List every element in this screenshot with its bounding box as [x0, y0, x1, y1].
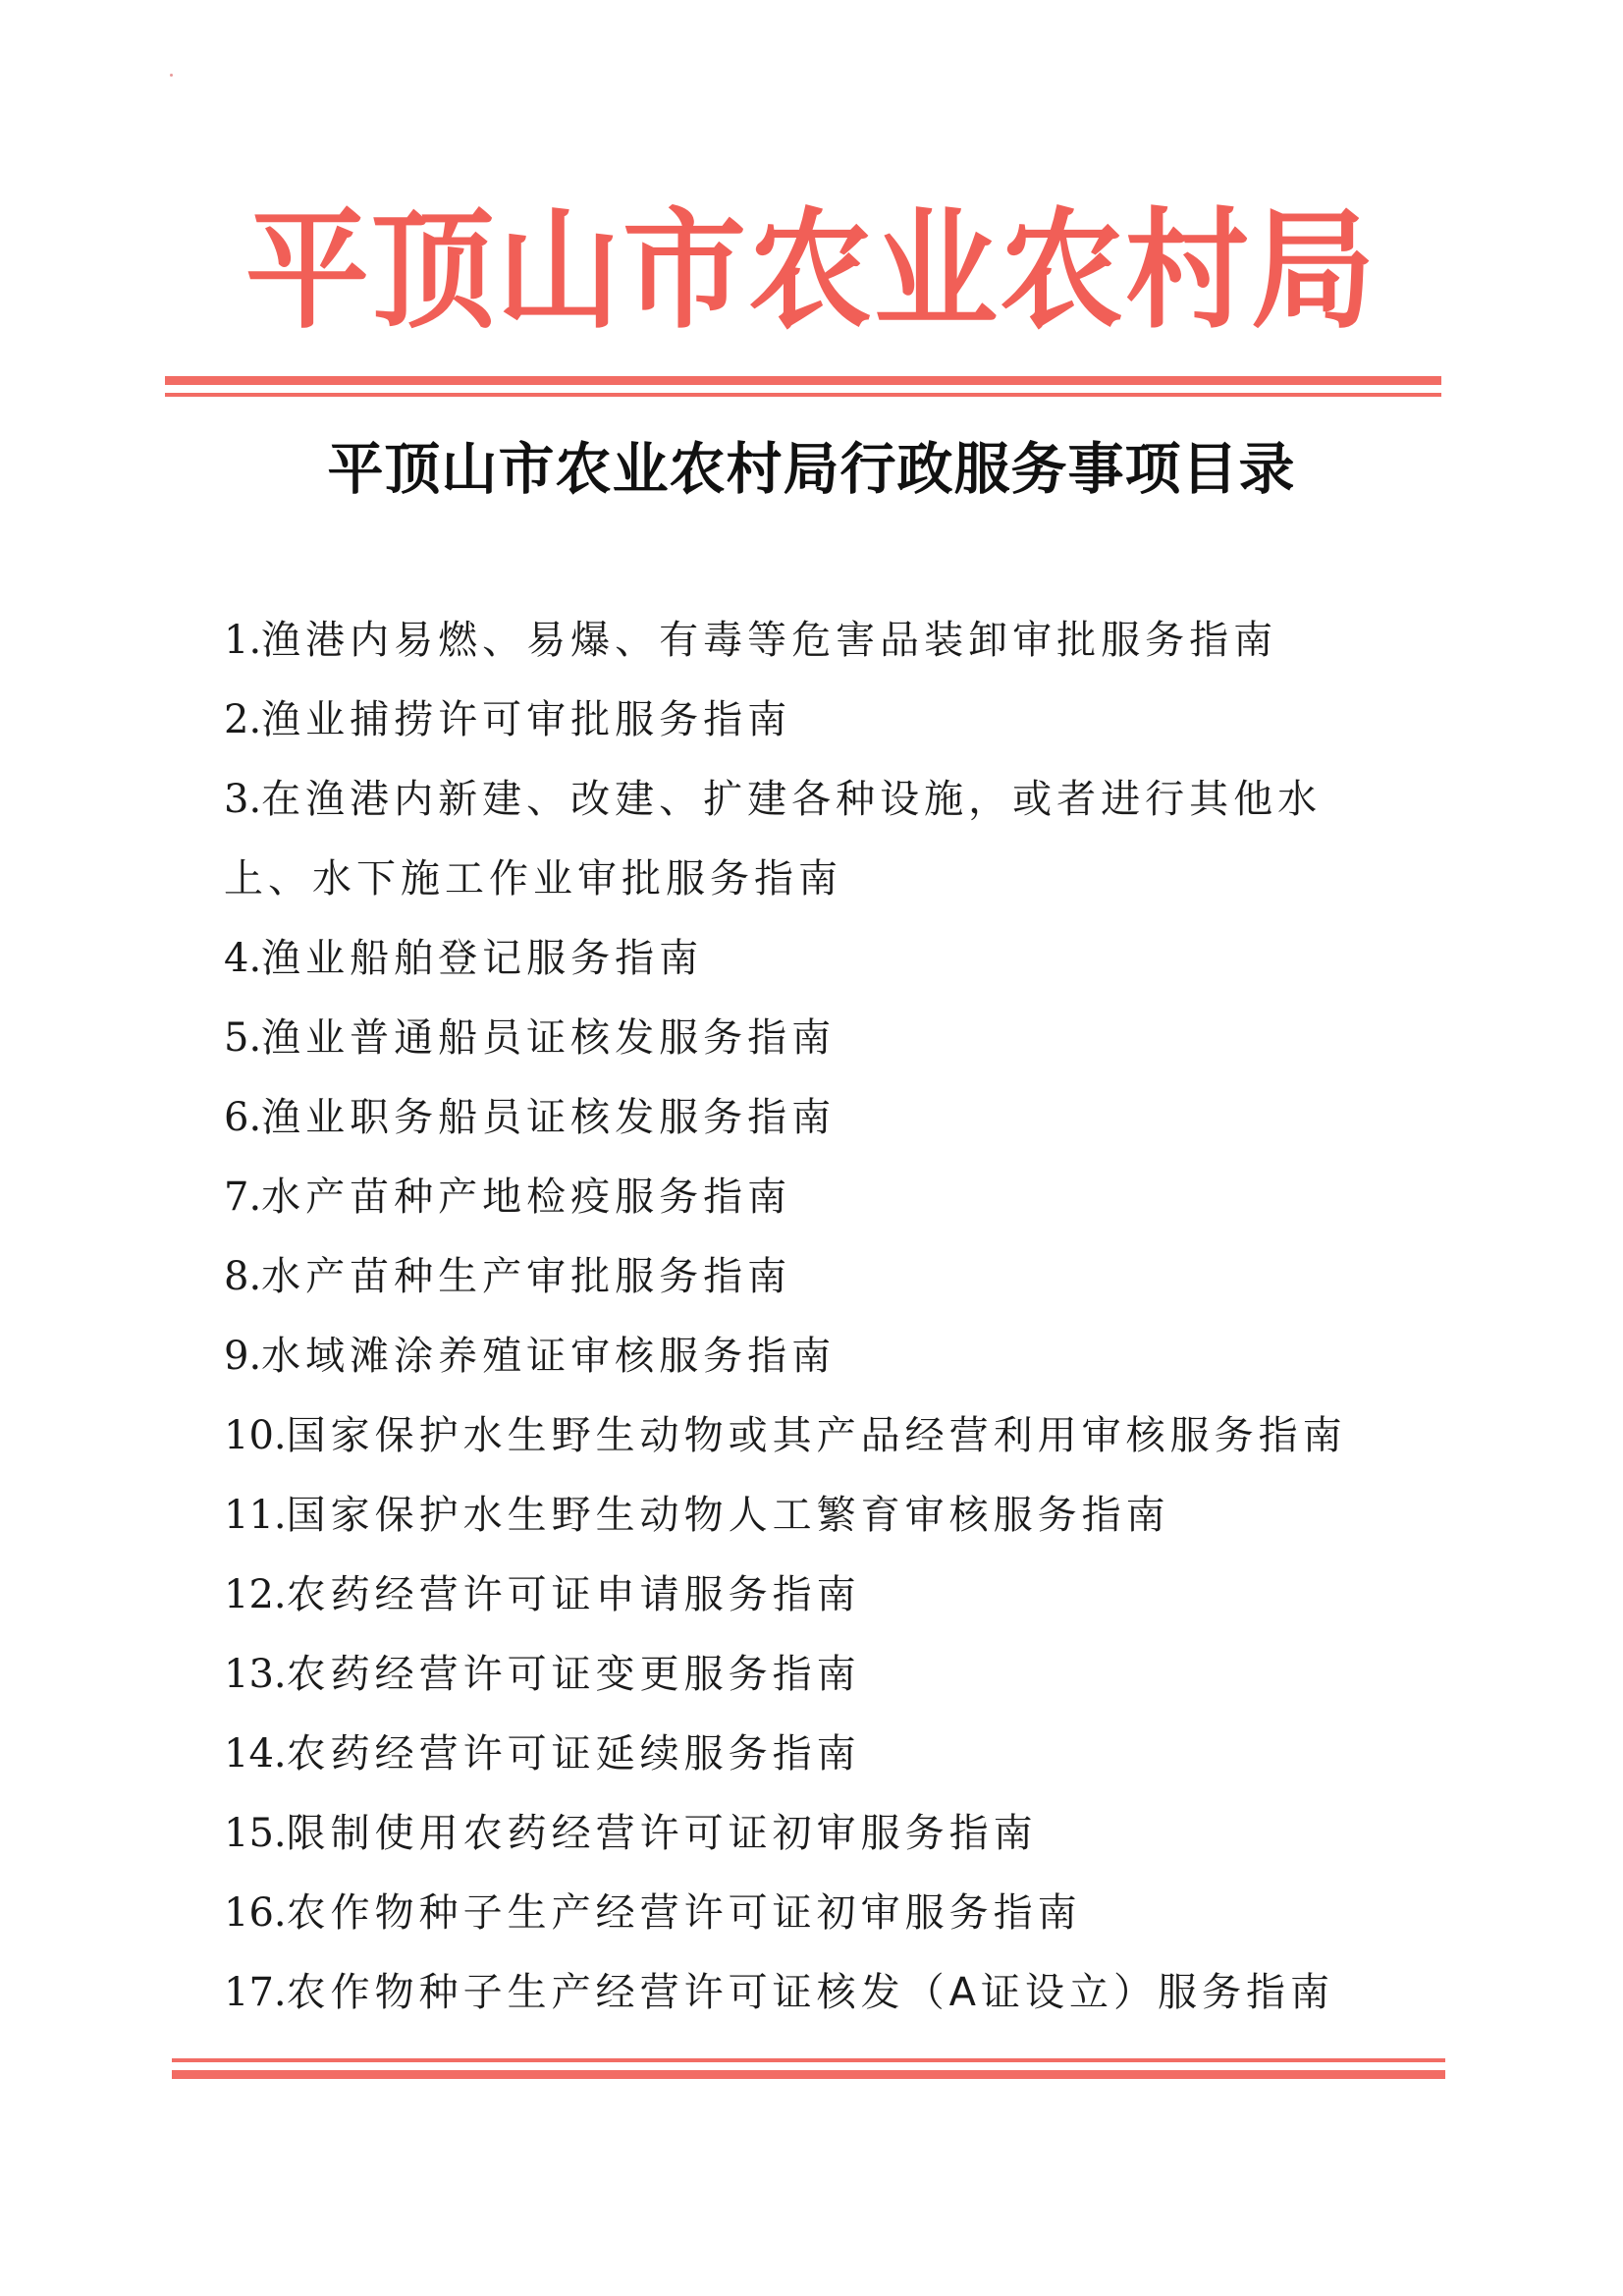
item-text: 农作物种子生产经营许可证初审服务指南 — [287, 1890, 1082, 1936]
item-number: 13. — [224, 1652, 287, 1697]
item-text: 水产苗种生产审批服务指南 — [261, 1254, 791, 1299]
header-divider-thin — [165, 393, 1441, 397]
item-text: 限制使用农药经营许可证初审服务指南 — [287, 1811, 1038, 1856]
list-item: 2.渔业捕捞许可审批服务指南 — [224, 681, 1343, 760]
list-item: 14.农药经营许可证延续服务指南 — [224, 1715, 1343, 1794]
masthead-char: 市 — [622, 188, 746, 353]
list-item: 10.国家保护水生野生动物或其产品经营利用审核服务指南 — [224, 1396, 1343, 1476]
list-item: 16.农作物种子生产经营许可证初审服务指南 — [224, 1874, 1343, 1953]
item-number: 10. — [224, 1413, 287, 1458]
list-item: 6.渔业职务船员证核发服务指南 — [224, 1078, 1343, 1158]
masthead-char: 顶 — [371, 188, 495, 353]
masthead-char: 业 — [874, 188, 998, 353]
document-page: 平 顶 山 市 农 业 农 村 局 平顶山市农业农村局行政服务事项目录 1.渔港… — [0, 0, 1623, 2296]
list-item: 12.农药经营许可证申请服务指南 — [224, 1556, 1343, 1635]
item-text-continuation: 上、水下施工作业审批服务指南 — [224, 840, 1343, 919]
item-number: 9. — [224, 1334, 261, 1379]
item-number: 3. — [224, 777, 261, 822]
item-text: 水域滩涂养殖证审核服务指南 — [261, 1334, 836, 1379]
item-number: 8. — [224, 1254, 261, 1299]
item-text: 渔业捕捞许可审批服务指南 — [261, 697, 791, 742]
service-item-list: 1.渔港内易燃、易爆、有毒等危害品装卸审批服务指南 2.渔业捕捞许可审批服务指南… — [224, 601, 1343, 2033]
item-text: 渔业船舶登记服务指南 — [261, 936, 703, 981]
item-number: 17. — [224, 1970, 287, 2015]
list-item: 8.水产苗种生产审批服务指南 — [224, 1237, 1343, 1317]
masthead-char: 农 — [748, 188, 872, 353]
masthead-char: 村 — [1125, 188, 1249, 353]
item-number: 7. — [224, 1175, 261, 1220]
footer-divider-thick — [172, 2070, 1445, 2079]
scan-speck — [170, 74, 173, 77]
document-title: 平顶山市农业农村局行政服务事项目录 — [0, 432, 1623, 507]
item-number: 15. — [224, 1811, 287, 1856]
item-text: 水产苗种产地检疫服务指南 — [261, 1175, 791, 1220]
item-number: 1. — [224, 618, 261, 663]
item-text: 国家保护水生野生动物或其产品经营利用审核服务指南 — [287, 1413, 1347, 1458]
item-number: 12. — [224, 1572, 287, 1617]
item-text: 渔业普通船员证核发服务指南 — [261, 1015, 836, 1061]
item-text: 农作物种子生产经营许可证核发（A证设立）服务指南 — [287, 1970, 1334, 2015]
list-item: 1.渔港内易燃、易爆、有毒等危害品装卸审批服务指南 — [224, 601, 1343, 681]
item-text: 农药经营许可证申请服务指南 — [287, 1572, 861, 1617]
list-item: 9.水域滩涂养殖证审核服务指南 — [224, 1317, 1343, 1396]
list-item: 5.渔业普通船员证核发服务指南 — [224, 999, 1343, 1078]
footer-divider-thin — [172, 2058, 1445, 2062]
masthead-char: 平 — [245, 188, 369, 353]
list-item: 3.在渔港内新建、改建、扩建各种设施，或者进行其他水上、水下施工作业审批服务指南 — [224, 760, 1343, 919]
item-number: 4. — [224, 936, 261, 981]
item-number: 6. — [224, 1095, 261, 1140]
list-item: 4.渔业船舶登记服务指南 — [224, 919, 1343, 999]
list-item: 15.限制使用农药经营许可证初审服务指南 — [224, 1794, 1343, 1874]
item-text: 在渔港内新建、改建、扩建各种设施，或者进行其他水 — [261, 777, 1322, 822]
item-text: 农药经营许可证变更服务指南 — [287, 1652, 861, 1697]
header-divider-thick — [165, 376, 1441, 385]
item-number: 16. — [224, 1890, 287, 1936]
list-item: 17.农作物种子生产经营许可证核发（A证设立）服务指南 — [224, 1953, 1343, 2033]
item-text: 渔业职务船员证核发服务指南 — [261, 1095, 836, 1140]
masthead-org-name: 平 顶 山 市 农 业 农 村 局 — [245, 188, 1375, 353]
item-text: 农药经营许可证延续服务指南 — [287, 1731, 861, 1777]
item-number: 14. — [224, 1731, 287, 1777]
item-text: 国家保护水生野生动物人工繁育审核服务指南 — [287, 1493, 1170, 1538]
item-number: 11. — [224, 1493, 287, 1538]
masthead-char: 山 — [497, 188, 621, 353]
list-item: 11.国家保护水生野生动物人工繁育审核服务指南 — [224, 1476, 1343, 1556]
item-number: 2. — [224, 697, 261, 742]
list-item: 13.农药经营许可证变更服务指南 — [224, 1635, 1343, 1715]
masthead-char: 局 — [1251, 188, 1375, 353]
item-number: 5. — [224, 1015, 261, 1061]
masthead-char: 农 — [1000, 188, 1123, 353]
item-text: 渔港内易燃、易爆、有毒等危害品装卸审批服务指南 — [261, 618, 1277, 663]
list-item: 7.水产苗种产地检疫服务指南 — [224, 1158, 1343, 1237]
